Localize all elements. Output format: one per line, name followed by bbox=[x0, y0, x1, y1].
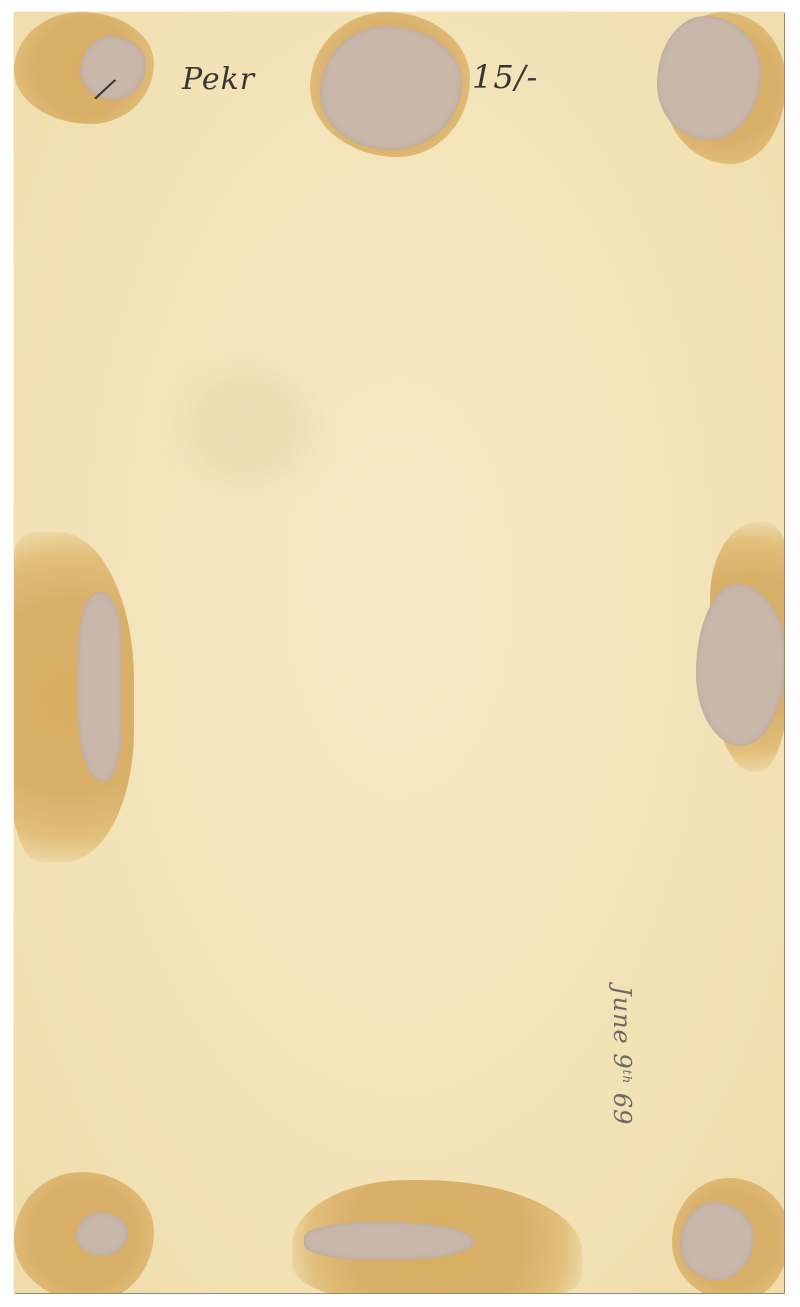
handwritten-price: 15/- bbox=[472, 58, 538, 96]
faint-discoloration bbox=[189, 372, 309, 482]
handwritten-note: Pekr bbox=[182, 62, 255, 97]
glue-residue-middle-right bbox=[696, 584, 784, 746]
date-main: June 9 bbox=[608, 986, 636, 1070]
handwritten-date: June 9th 69 bbox=[608, 986, 636, 1125]
date-year: 69 bbox=[608, 1084, 636, 1125]
paper-card bbox=[14, 12, 784, 1293]
date-suffix: th bbox=[620, 1070, 634, 1085]
glue-residue-middle-left bbox=[78, 592, 122, 782]
glue-residue-bottom-center bbox=[304, 1222, 474, 1260]
